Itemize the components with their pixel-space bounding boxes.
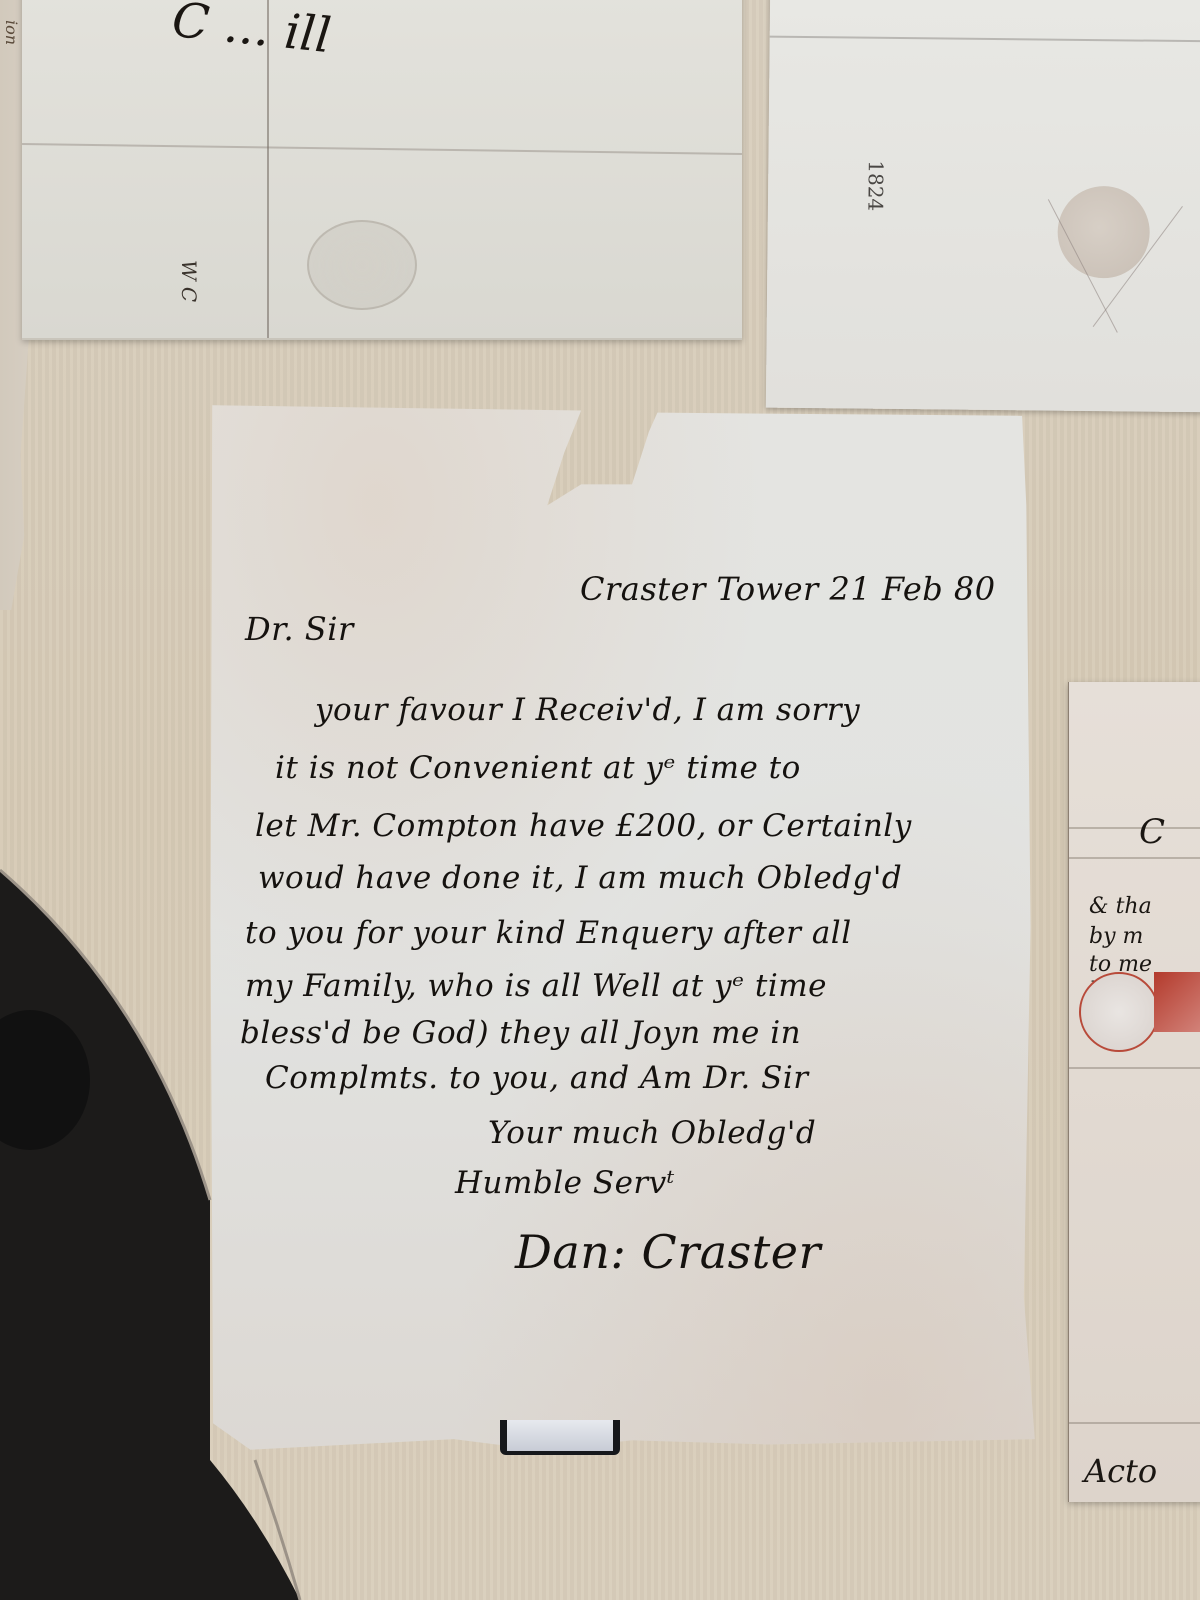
fold-line xyxy=(770,36,1200,43)
red-wax-seal-fragment xyxy=(1154,972,1200,1032)
fold-line xyxy=(1069,827,1200,829)
pencil-note: 1824 xyxy=(863,160,888,211)
letter-body-line: to you for your kind Enquery after all xyxy=(245,915,852,951)
fold-line xyxy=(1069,1067,1200,1069)
red-wax-seal xyxy=(1079,972,1159,1052)
letter-body-line: my Family, who is all Well at yᵉ time xyxy=(245,968,827,1004)
right-letter-text: C xyxy=(1139,812,1165,852)
letter-closing-line: Your much Obledg'd xyxy=(488,1115,816,1151)
letter-body-line: woud have done it, I am much Obledg'd xyxy=(258,860,902,896)
letter-body-line: let Mr. Compton have £200, or Certainly xyxy=(255,808,912,844)
address-text: C ... ill xyxy=(170,0,334,64)
letter-right-edge: C & tha by m to me Mrs Acto xyxy=(1068,682,1200,1502)
letter-closing-line: Humble Servᵗ xyxy=(455,1165,675,1201)
letter-place-date: Craster Tower 21 Feb 80 xyxy=(580,570,996,608)
right-letter-text: by m xyxy=(1089,924,1143,949)
fold-line xyxy=(22,143,742,155)
letter-signature: Dan: Craster xyxy=(515,1225,821,1279)
letter-body-line: it is not Convenient at yᵉ time to xyxy=(275,750,801,786)
right-letter-text: & tha xyxy=(1089,894,1152,919)
faded-wax-seal xyxy=(1057,186,1150,279)
seal-impression xyxy=(307,220,417,310)
folded-letter-top-left: C ... ill W C xyxy=(22,0,742,340)
letter-body-line: your favour I Receiv'd, I am sorry xyxy=(315,692,860,728)
letter-salutation: Dr. Sir xyxy=(245,610,354,648)
right-letter-text: Acto xyxy=(1084,1452,1157,1490)
envelope-top-right: 1824 xyxy=(766,0,1200,412)
edge-marks: W C xyxy=(177,260,201,302)
fold-line xyxy=(1069,857,1200,859)
left-edge-text: ion xyxy=(2,20,21,45)
letter-body-line: Complmts. to you, and Am Dr. Sir xyxy=(265,1060,809,1096)
letter-body-line: bless'd be God) they all Joyn me in xyxy=(240,1015,801,1051)
ink-stained-tear xyxy=(500,1420,620,1455)
fold-line xyxy=(1069,1422,1200,1424)
